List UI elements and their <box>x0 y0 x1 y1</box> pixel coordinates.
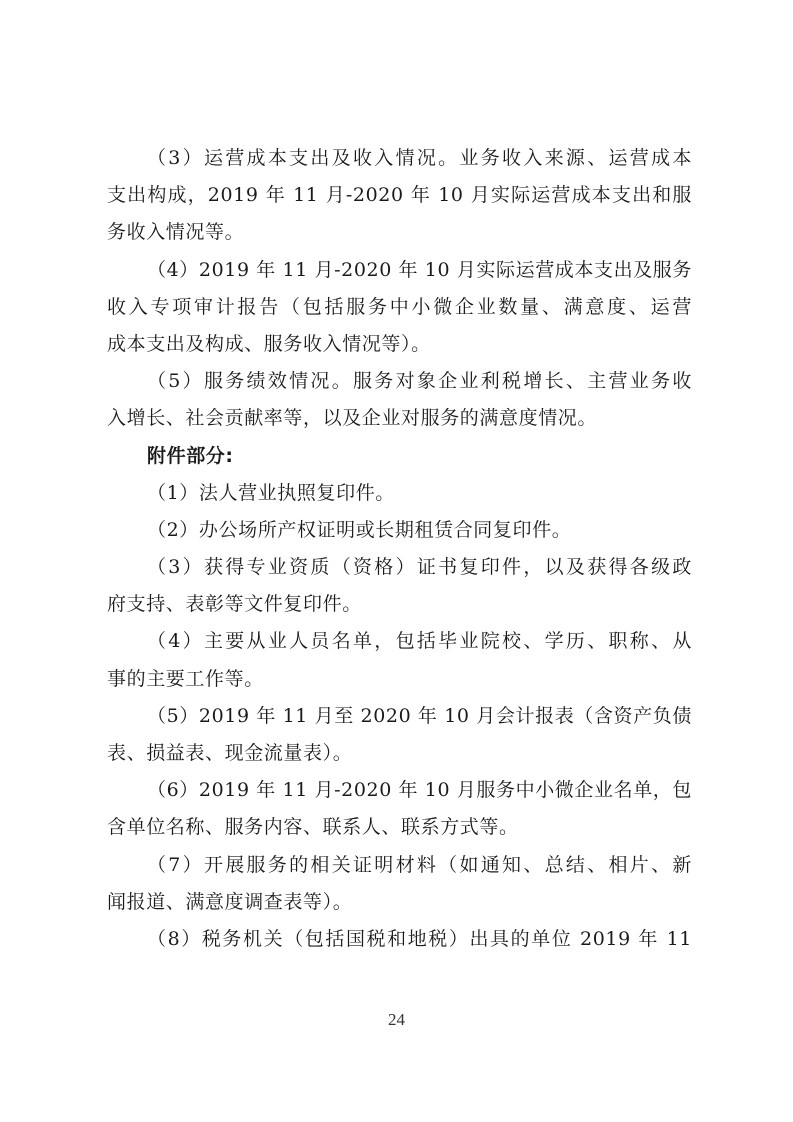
paragraph-3-line-3: 务收入情况等。 <box>107 214 692 251</box>
attachment-5-line-2: 表、损益表、现金流量表）。 <box>107 735 692 772</box>
attachment-8-line-1: （8）税务机关（包括国税和地税）出具的单位 2019 年 11 <box>107 921 692 958</box>
document-body: （3）运营成本支出及收入情况。业务收入来源、运营成本 支出构成，2019 年 1… <box>107 140 692 958</box>
attachment-4-line-2: 事的主要工作等。 <box>107 661 692 698</box>
attachment-7-line-2: 闻报道、满意度调查表等）。 <box>107 884 692 921</box>
attachment-6-line-2: 含单位名称、服务内容、联系人、联系方式等。 <box>107 809 692 846</box>
attachment-3-line-1: （3）获得专业资质（资格）证书复印件，以及获得各级政 <box>107 549 692 586</box>
paragraph-3-line-2: 支出构成，2019 年 11 月-2020 年 10 月实际运营成本支出和服 <box>107 177 692 214</box>
paragraph-4-line-2: 收入专项审计报告（包括服务中小微企业数量、满意度、运营 <box>107 289 692 326</box>
paragraph-4-line-1: （4）2019 年 11 月-2020 年 10 月实际运营成本支出及服务 <box>107 252 692 289</box>
attachment-3-line-2: 府支持、表彰等文件复印件。 <box>107 586 692 623</box>
attachment-5-line-1: （5）2019 年 11 月至 2020 年 10 月会计报表（含资产负债 <box>107 698 692 735</box>
attachment-4-line-1: （4）主要从业人员名单，包括毕业院校、学历、职称、从 <box>107 623 692 660</box>
attachment-7-line-1: （7）开展服务的相关证明材料（如通知、总结、相片、新 <box>107 847 692 884</box>
attachments-heading: 附件部分: <box>107 438 692 475</box>
paragraph-3-line-1: （3）运营成本支出及收入情况。业务收入来源、运营成本 <box>107 140 692 177</box>
paragraph-4-line-3: 成本支出及构成、服务收入情况等）。 <box>107 326 692 363</box>
paragraph-5-line-2: 入增长、社会贡献率等，以及企业对服务的满意度情况。 <box>107 400 692 437</box>
page-number: 24 <box>0 1010 793 1030</box>
attachment-6-line-1: （6）2019 年 11 月-2020 年 10 月服务中小微企业名单，包 <box>107 772 692 809</box>
attachment-2: （2）办公场所产权证明或长期租赁合同复印件。 <box>107 512 692 549</box>
attachment-1: （1）法人营业执照复印件。 <box>107 475 692 512</box>
paragraph-5-line-1: （5）服务绩效情况。服务对象企业利税增长、主营业务收 <box>107 363 692 400</box>
